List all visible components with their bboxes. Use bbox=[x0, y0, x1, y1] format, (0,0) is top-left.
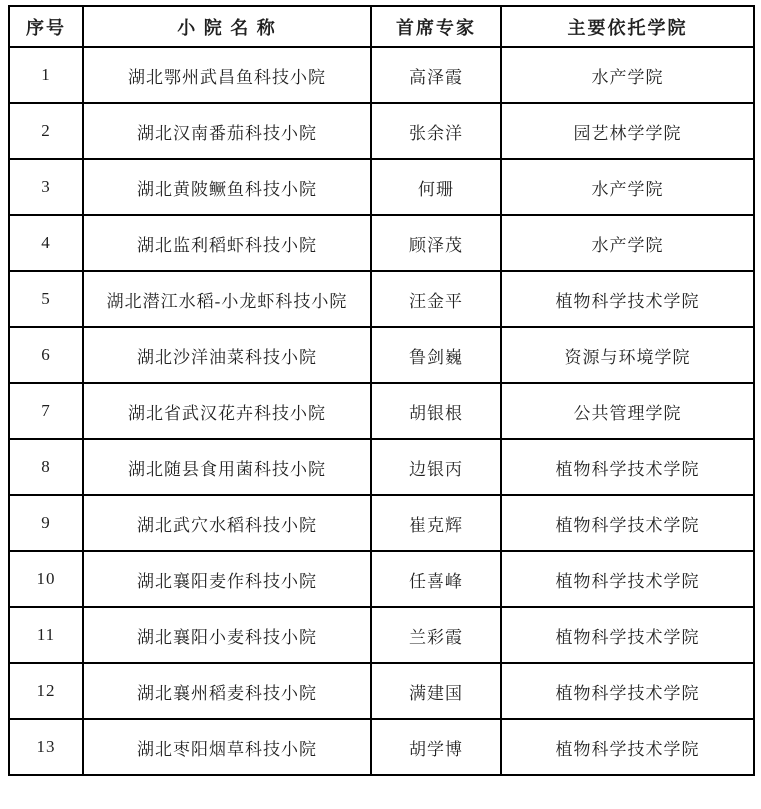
column-header-name: 小 院 名 称 bbox=[83, 6, 371, 47]
table-row: 11 湖北襄阳小麦科技小院 兰彩霞 植物科学技术学院 bbox=[9, 607, 754, 663]
cell-chief-expert: 张余洋 bbox=[371, 103, 501, 159]
column-header-college: 主要依托学院 bbox=[501, 6, 754, 47]
cell-academy-name: 湖北武穴水稻科技小院 bbox=[83, 495, 371, 551]
cell-index: 7 bbox=[9, 383, 83, 439]
column-header-index: 序号 bbox=[9, 6, 83, 47]
cell-index: 11 bbox=[9, 607, 83, 663]
table-row: 13 湖北枣阳烟草科技小院 胡学博 植物科学技术学院 bbox=[9, 719, 754, 775]
cell-college: 植物科学技术学院 bbox=[501, 607, 754, 663]
table-row: 2 湖北汉南番茄科技小院 张余洋 园艺林学学院 bbox=[9, 103, 754, 159]
cell-chief-expert: 胡银根 bbox=[371, 383, 501, 439]
cell-chief-expert: 鲁剑巍 bbox=[371, 327, 501, 383]
cell-college: 园艺林学学院 bbox=[501, 103, 754, 159]
cell-academy-name: 湖北潜江水稻-小龙虾科技小院 bbox=[83, 271, 371, 327]
cell-college: 植物科学技术学院 bbox=[501, 271, 754, 327]
cell-academy-name: 湖北省武汉花卉科技小院 bbox=[83, 383, 371, 439]
cell-college: 水产学院 bbox=[501, 47, 754, 103]
cell-chief-expert: 顾泽茂 bbox=[371, 215, 501, 271]
cell-academy-name: 湖北随县食用菌科技小院 bbox=[83, 439, 371, 495]
table-row: 9 湖北武穴水稻科技小院 崔克辉 植物科学技术学院 bbox=[9, 495, 754, 551]
cell-college: 资源与环境学院 bbox=[501, 327, 754, 383]
cell-chief-expert: 胡学博 bbox=[371, 719, 501, 775]
table-row: 12 湖北襄州稻麦科技小院 满建国 植物科学技术学院 bbox=[9, 663, 754, 719]
cell-index: 1 bbox=[9, 47, 83, 103]
table-row: 8 湖北随县食用菌科技小院 边银丙 植物科学技术学院 bbox=[9, 439, 754, 495]
cell-academy-name: 湖北汉南番茄科技小院 bbox=[83, 103, 371, 159]
cell-college: 植物科学技术学院 bbox=[501, 663, 754, 719]
cell-college: 植物科学技术学院 bbox=[501, 719, 754, 775]
cell-index: 8 bbox=[9, 439, 83, 495]
table-row: 10 湖北襄阳麦作科技小院 任喜峰 植物科学技术学院 bbox=[9, 551, 754, 607]
cell-college: 公共管理学院 bbox=[501, 383, 754, 439]
cell-index: 10 bbox=[9, 551, 83, 607]
cell-academy-name: 湖北襄州稻麦科技小院 bbox=[83, 663, 371, 719]
column-header-expert: 首席专家 bbox=[371, 6, 501, 47]
cell-college: 植物科学技术学院 bbox=[501, 439, 754, 495]
cell-index: 12 bbox=[9, 663, 83, 719]
cell-chief-expert: 汪金平 bbox=[371, 271, 501, 327]
cell-index: 6 bbox=[9, 327, 83, 383]
cell-chief-expert: 崔克辉 bbox=[371, 495, 501, 551]
cell-college: 水产学院 bbox=[501, 159, 754, 215]
table-row: 7 湖北省武汉花卉科技小院 胡银根 公共管理学院 bbox=[9, 383, 754, 439]
cell-chief-expert: 边银丙 bbox=[371, 439, 501, 495]
cell-index: 4 bbox=[9, 215, 83, 271]
table-row: 4 湖北监利稻虾科技小院 顾泽茂 水产学院 bbox=[9, 215, 754, 271]
cell-academy-name: 湖北襄阳麦作科技小院 bbox=[83, 551, 371, 607]
document-page: 序号 小 院 名 称 首席专家 主要依托学院 1 湖北鄂州武昌鱼科技小院 高泽霞… bbox=[0, 0, 761, 809]
cell-academy-name: 湖北鄂州武昌鱼科技小院 bbox=[83, 47, 371, 103]
table-row: 5 湖北潜江水稻-小龙虾科技小院 汪金平 植物科学技术学院 bbox=[9, 271, 754, 327]
cell-academy-name: 湖北监利稻虾科技小院 bbox=[83, 215, 371, 271]
cell-index: 13 bbox=[9, 719, 83, 775]
cell-index: 3 bbox=[9, 159, 83, 215]
table-row: 3 湖北黄陂鳜鱼科技小院 何珊 水产学院 bbox=[9, 159, 754, 215]
cell-academy-name: 湖北襄阳小麦科技小院 bbox=[83, 607, 371, 663]
cell-chief-expert: 兰彩霞 bbox=[371, 607, 501, 663]
academy-roster-table: 序号 小 院 名 称 首席专家 主要依托学院 1 湖北鄂州武昌鱼科技小院 高泽霞… bbox=[8, 5, 755, 776]
table-row: 1 湖北鄂州武昌鱼科技小院 高泽霞 水产学院 bbox=[9, 47, 754, 103]
cell-college: 植物科学技术学院 bbox=[501, 551, 754, 607]
cell-chief-expert: 高泽霞 bbox=[371, 47, 501, 103]
cell-index: 9 bbox=[9, 495, 83, 551]
cell-college: 水产学院 bbox=[501, 215, 754, 271]
cell-index: 2 bbox=[9, 103, 83, 159]
header-row: 序号 小 院 名 称 首席专家 主要依托学院 bbox=[9, 6, 754, 47]
cell-academy-name: 湖北沙洋油菜科技小院 bbox=[83, 327, 371, 383]
table-row: 6 湖北沙洋油菜科技小院 鲁剑巍 资源与环境学院 bbox=[9, 327, 754, 383]
cell-chief-expert: 满建国 bbox=[371, 663, 501, 719]
cell-chief-expert: 任喜峰 bbox=[371, 551, 501, 607]
cell-academy-name: 湖北黄陂鳜鱼科技小院 bbox=[83, 159, 371, 215]
cell-college: 植物科学技术学院 bbox=[501, 495, 754, 551]
cell-chief-expert: 何珊 bbox=[371, 159, 501, 215]
cell-index: 5 bbox=[9, 271, 83, 327]
cell-academy-name: 湖北枣阳烟草科技小院 bbox=[83, 719, 371, 775]
